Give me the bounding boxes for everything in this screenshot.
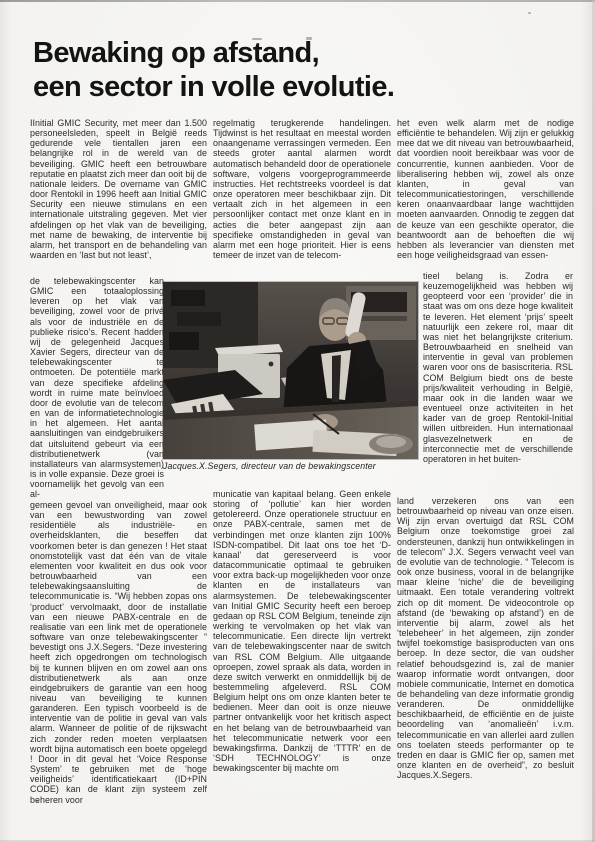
column3-text-beside-photo: tieel belang is. Zodra er keuzemogelijkh…: [423, 271, 573, 464]
article-title-line2: een sector in volle evolutie.: [33, 70, 394, 104]
column2-text-bottom: municatie van kapitaal belang. Geen enke…: [213, 489, 391, 773]
column3-text-top: het even welk alarm met de nodige effici…: [397, 118, 574, 260]
article-title-line1: Bewaking op afstand,: [33, 36, 394, 70]
column3-text-bottom: land verzekeren ons van een betrouwbaarh…: [397, 496, 574, 780]
photo-caption: Jacques.X.Segers, directeur van de bewak…: [163, 461, 423, 471]
column1-text-beside-photo: de telebewakingscenter kan GMIC een tota…: [30, 276, 164, 499]
column2-text-top: regelmatig terugkerende handelingen. Tij…: [213, 118, 391, 260]
scanned-magazine-page: Bewaking op afstand, een sector in volle…: [0, 0, 595, 842]
article-title: Bewaking op afstand, een sector in volle…: [33, 36, 394, 104]
photo-tone-overlay: [163, 282, 418, 459]
scan-speck: [528, 12, 531, 14]
director-photo: [163, 282, 418, 459]
column1-text-bottom: gemeen gevoel van onveiligheid, maar ook…: [30, 500, 207, 805]
scan-edge-top: [0, 0, 595, 2]
column1-text-top: IInitial GMIC Security, met meer dan 1.5…: [30, 118, 207, 260]
director-photo-graphic: [163, 282, 418, 459]
